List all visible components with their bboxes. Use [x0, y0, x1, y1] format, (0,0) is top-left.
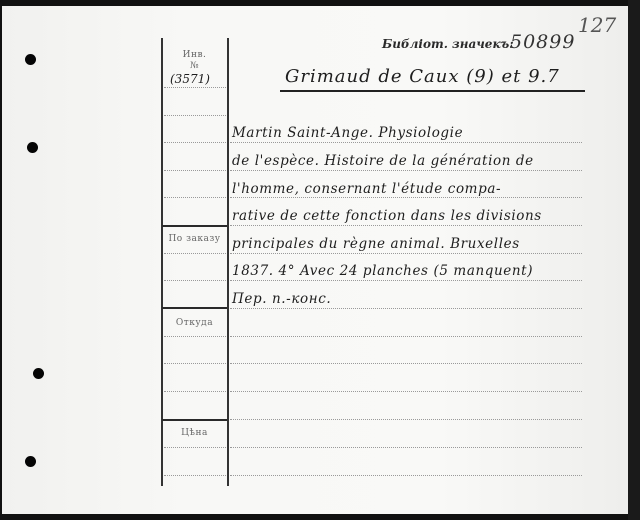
inventory-value: (3571)	[170, 72, 210, 86]
entry-line: Пер. п.-конс.	[232, 291, 331, 307]
entry-dotted-line	[230, 308, 582, 309]
left-dotted-line	[164, 142, 226, 143]
entry-dotted-line	[230, 363, 582, 364]
left-dotted-line	[164, 447, 226, 448]
entry-dotted-line	[230, 280, 582, 281]
left-column-border-right	[227, 38, 229, 486]
left-dotted-line	[164, 115, 226, 116]
entry-dotted-line	[230, 142, 582, 143]
entry-dotted-line	[230, 336, 582, 337]
inventory-label-line1: Инв.	[162, 50, 227, 61]
left-dotted-line	[164, 280, 226, 281]
author-heading: Grimaud de Caux (9) et 9.7	[285, 66, 560, 87]
library-mark-value: 50899	[510, 31, 575, 53]
entry-line: rative de cette fonction dans les divisi…	[232, 208, 542, 224]
entry-dotted-line	[230, 419, 582, 420]
left-dotted-line	[164, 87, 226, 88]
price-label: Цѣна	[162, 428, 227, 438]
entry-line: 1837. 4° Avec 24 planches (5 manquent)	[232, 263, 533, 279]
entry-dotted-line	[230, 197, 582, 198]
punch-hole	[27, 142, 38, 153]
punch-hole	[25, 54, 36, 65]
left-dotted-line	[164, 197, 226, 198]
by-order-label: По заказу	[162, 234, 227, 244]
inventory-label: Инв. №	[162, 50, 227, 72]
left-dotted-line	[164, 363, 226, 364]
left-column-separator	[162, 225, 227, 227]
entry-dotted-line	[230, 475, 582, 476]
library-mark-label: Библіот. значекъ:	[382, 37, 514, 51]
left-dotted-line	[164, 170, 226, 171]
entry-dotted-line	[230, 170, 582, 171]
entry-dotted-line	[230, 225, 582, 226]
punch-hole	[25, 456, 36, 467]
entry-line: de l'espèce. Histoire de la génération d…	[232, 153, 534, 169]
entry-line: principales du règne animal. Bruxelles	[232, 236, 520, 252]
corner-number: 127	[578, 13, 616, 37]
left-dotted-line	[164, 336, 226, 337]
entry-line: l'homme, consernant l'étude compa-	[232, 181, 501, 197]
left-column-separator	[162, 419, 227, 421]
left-dotted-line	[164, 253, 226, 254]
card-edge-shadow	[628, 0, 640, 520]
entry-dotted-line	[230, 253, 582, 254]
entry-line: Martin Saint-Ange. Physiologie	[232, 125, 463, 141]
entry-dotted-line	[230, 447, 582, 448]
left-column-separator	[162, 307, 227, 309]
entry-dotted-line	[230, 391, 582, 392]
punch-hole	[33, 368, 44, 379]
inventory-number-sign: №	[162, 61, 227, 72]
left-dotted-line	[164, 391, 226, 392]
left-dotted-line	[164, 475, 226, 476]
heading-underline	[280, 90, 585, 92]
source-label: Откуда	[162, 318, 227, 328]
